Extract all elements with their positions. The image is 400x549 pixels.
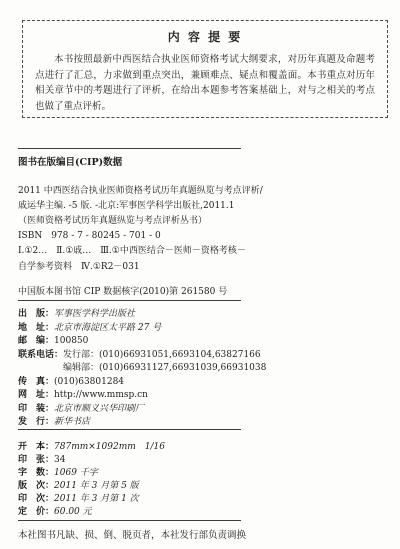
website-row: 网 址：http://www.mmsp.cn bbox=[18, 389, 266, 403]
cip-class-line-2: 自学参考资料 Ⅳ.①R2－031 bbox=[18, 259, 268, 275]
address-value: 北京市海淀区太平路 27 号 bbox=[54, 323, 161, 333]
publisher-label: 出 版： bbox=[18, 309, 54, 319]
divider-middle-1 bbox=[18, 300, 241, 301]
wordcount-label: 字 数： bbox=[18, 468, 54, 478]
fax-row: 传 真：(010)63801284 bbox=[18, 376, 266, 390]
publisher-row: 出 版：军事医学科学出版社 bbox=[18, 308, 266, 322]
cip-header: 图书在版编目(CIP)数据 bbox=[18, 154, 122, 168]
impression-label: 印 次： bbox=[18, 494, 54, 504]
format-value: 787mm×1092mm 1/16 bbox=[54, 442, 165, 452]
phone-editorial-value: 编辑部：(010)66931127,66931039,66931038 bbox=[63, 363, 266, 373]
edition-row: 版 次：2011 年 3 月第 5 版 bbox=[18, 480, 165, 493]
sheets-value: 34 bbox=[54, 455, 65, 465]
price-label: 定 价： bbox=[18, 507, 54, 517]
fax-value: (010)63801284 bbox=[54, 377, 124, 387]
phone-label: 联系电话： bbox=[18, 350, 63, 360]
price-row: 定 价：60.00 元 bbox=[18, 506, 165, 519]
edition-value: 2011 年 3 月第 5 版 bbox=[54, 481, 139, 491]
cip-classification: Ⅰ.①2… Ⅱ.①戚… Ⅲ.①中西医结合－医师－资格考核－ 自学参考资料 Ⅳ.①… bbox=[18, 243, 268, 275]
phone-row: 联系电话：发行部：(010)66931051,6693104,63827166 bbox=[18, 349, 266, 363]
postcode-label: 邮 编： bbox=[18, 336, 54, 346]
wordcount-value: 1069 千字 bbox=[54, 468, 98, 478]
divider-middle-2 bbox=[18, 429, 241, 430]
website-value: http://www.mmsp.cn bbox=[54, 390, 148, 400]
format-row: 开 本：787mm×1092mm 1/16 bbox=[18, 441, 165, 454]
book-copyright-page: 内 容 提 要 本书按照最新中西医结合执业医师资格考试大纲要求，对历年真题及命题… bbox=[0, 0, 400, 549]
cip-line-isbn: ISBN 978 - 7 - 80245 - 701 - 0 bbox=[18, 229, 268, 244]
printer-value: 北京市顺义兴华印刷厂 bbox=[54, 404, 144, 414]
postcode-row: 邮 编：100850 bbox=[18, 335, 266, 349]
cip-line-title: 2011 中西医结合执业医师资格考试历年真题纵览与考点评析/ bbox=[18, 184, 268, 199]
impression-value: 2011 年 3 月第 1 次 bbox=[54, 494, 139, 504]
wordcount-row: 字 数：1069 千字 bbox=[18, 467, 165, 480]
distributor-value: 新华书店 bbox=[54, 417, 90, 427]
printer-row: 印 装：北京市顺义兴华印刷厂 bbox=[18, 403, 266, 417]
cip-class-line-1: Ⅰ.①2… Ⅱ.①戚… Ⅲ.①中西医结合－医师－资格考核－ bbox=[18, 243, 268, 259]
edition-label: 版 次： bbox=[18, 481, 54, 491]
distributor-row: 发 行：新华书店 bbox=[18, 416, 266, 430]
website-label: 网 址： bbox=[18, 390, 54, 400]
cip-line-editor: 戚运华主编. -5 版. -北京:军事医学科学出版社,2011.1 bbox=[18, 199, 268, 214]
fax-label: 传 真： bbox=[18, 377, 54, 387]
address-label: 地 址： bbox=[18, 323, 54, 333]
print-metrics-block: 开 本：787mm×1092mm 1/16 印 张：34 字 数：1069 千字… bbox=[18, 441, 165, 519]
content-summary-text: 本书按照最新中西医结合执业医师资格考试大纲要求，对历年真题及命题考点进行了汇总，… bbox=[35, 52, 375, 114]
cip-block: 2011 中西医结合执业医师资格考试历年真题纵览与考点评析/ 戚运华主编. -5… bbox=[18, 184, 268, 244]
price-value: 60.00 元 bbox=[54, 507, 92, 517]
divider-top bbox=[18, 148, 241, 149]
cip-record-number: 中国版本图书馆 CIP 数据核字(2010)第 261580 号 bbox=[18, 284, 278, 297]
distributor-label: 发 行： bbox=[18, 417, 54, 427]
sheets-row: 印 张：34 bbox=[18, 454, 165, 467]
phone-distribution-value: 发行部：(010)66931051,6693104,63827166 bbox=[63, 350, 261, 360]
postcode-value: 100850 bbox=[54, 336, 88, 346]
cip-line-series: （医师资格考试历年真题纵览与考点评析丛书） bbox=[18, 214, 268, 229]
printer-label: 印 装： bbox=[18, 404, 54, 414]
sheets-label: 印 张： bbox=[18, 455, 54, 465]
content-summary-title: 内 容 提 要 bbox=[35, 28, 375, 45]
replacement-notice: 本社图书凡缺、损、倒、脱页者，本社发行部负责调换 bbox=[18, 527, 246, 541]
impression-row: 印 次：2011 年 3 月第 1 次 bbox=[18, 493, 165, 506]
publisher-info-block: 出 版：军事医学科学出版社 地 址：北京市海淀区太平路 27 号 邮 编：100… bbox=[18, 308, 266, 430]
address-row: 地 址：北京市海淀区太平路 27 号 bbox=[18, 322, 266, 336]
divider-bottom bbox=[18, 520, 241, 521]
phone-row-continued: 编辑部：(010)66931127,66931039,66931038 bbox=[18, 362, 266, 376]
content-summary-box: 内 容 提 要 本书按照最新中西医结合执业医师资格考试大纲要求，对历年真题及命题… bbox=[22, 20, 388, 118]
format-label: 开 本： bbox=[18, 442, 54, 452]
publisher-value: 军事医学科学出版社 bbox=[54, 309, 135, 319]
